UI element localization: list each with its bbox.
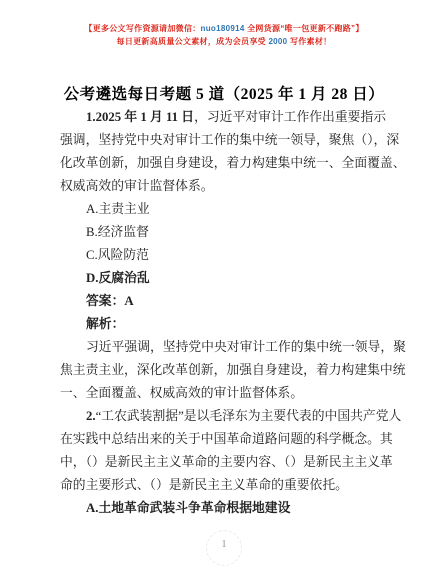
text-run: 1.2025 年 1 月 11 日 (86, 110, 194, 124)
text-run: ，习近平对审计工作作出重要指示 (194, 110, 386, 124)
q1-analysis-line-1: 习近平强调，坚持党中央对审计工作的集中统一领导，聚 (60, 336, 410, 359)
text-run: B.经济监督 (86, 225, 149, 239)
q1-analysis-line-2: 焦主责主业，深化改革创新，加强自身建设，着力构建集中统 (60, 359, 410, 382)
q1-line-2: 强调，坚持党中央对审计工作的集中统一领导，聚焦（），深 (60, 129, 410, 152)
text-run: 中，（）是新民主主义革命的主要内容、（）是新民主主义革 (60, 455, 393, 469)
text-run: 2. (86, 409, 96, 423)
text-run: A.土地革命武装斗争革命根据地建设 (86, 501, 290, 515)
promo-text-segment: nuo180914 (201, 24, 245, 33)
promo-line-2: 每日更新高质量公文素材，成为会员享受 2000 写作素材！ (0, 35, 448, 48)
promo-text-segment: 2000 (268, 37, 287, 46)
q2-line-1: 2.“工农武装割据”是以毛泽东为主要代表的中国共产党人 (60, 405, 410, 428)
promo-line-1: 【更多公文写作资源请加微信：nuo180914 全网货源“唯一包更新不跑路”】 (0, 22, 448, 35)
promo-text-segment: 【更多公文写作资源请加微信： (84, 24, 200, 33)
text-run: 焦主责主业，深化改革创新，加强自身建设，着力构建集中统 (60, 363, 406, 377)
document-body: 1.2025 年 1 月 11 日，习近平对审计工作作出重要指示强调，坚持党中央… (60, 106, 410, 520)
q1-answer: 答案：A (60, 290, 410, 313)
q1-line-1: 1.2025 年 1 月 11 日，习近平对审计工作作出重要指示 (60, 106, 410, 129)
q1-analysis-line-3: 一、全面覆盖、权威高效的审计监督体系。 (60, 382, 410, 405)
promo-header: 【更多公文写作资源请加微信：nuo180914 全网货源“唯一包更新不跑路”】每… (0, 0, 448, 48)
q1-line-3: 化改革创新，加强自身建设，着力构建集中统一、全面覆盖、 (60, 152, 410, 175)
promo-text-segment: 写作素材！ (287, 37, 331, 46)
q2-line-3: 中，（）是新民主主义革命的主要内容、（）是新民主主义革 (60, 451, 410, 474)
text-run: 在实践中总结出来的关于中国革命道路问题的科学概念。其 (60, 432, 393, 446)
text-run: 答案：A (86, 294, 134, 308)
promo-text-segment: 全网货源“唯一包更新不跑路”】 (245, 24, 364, 33)
q1-option-d: D.反腐治乱 (60, 267, 410, 290)
q1-option-c: C.风险防范 (60, 244, 410, 267)
promo-text-segment: 每日更新高质量公文素材，成为会员享受 (117, 37, 269, 46)
text-run: 习近平强调，坚持党中央对审计工作的集中统一领导，聚 (86, 340, 406, 354)
text-run: 化改革创新，加强自身建设，着力构建集中统一、全面覆盖、 (60, 156, 406, 170)
q2-line-2: 在实践中总结出来的关于中国革命道路问题的科学概念。其 (60, 428, 410, 451)
page-number: 1 (222, 539, 227, 550)
document-page: 【更多公文写作资源请加微信：nuo180914 全网货源“唯一包更新不跑路”】每… (0, 0, 448, 580)
q1-analysis-label: 解析： (60, 313, 410, 336)
text-run: 一、全面覆盖、权威高效的审计监督体系。 (60, 386, 303, 400)
q1-option-b: B.经济监督 (60, 221, 410, 244)
text-run: 强调，坚持党中央对审计工作的集中统一领导，聚焦（），深 (60, 133, 399, 147)
text-run: 权威高效的审计监督体系。 (60, 179, 214, 193)
q2-line-4: 命的主要形式、（）是新民主主义革命的重要依托。 (60, 474, 410, 497)
text-run: “工农武装割据”是以毛泽东为主要代表的中国共产党人 (96, 409, 402, 423)
text-run: D.反腐治乱 (86, 271, 150, 285)
q1-line-4: 权威高效的审计监督体系。 (60, 175, 410, 198)
text-run: 命的主要形式、（）是新民主主义革命的重要依托。 (60, 478, 348, 492)
q2-option-a: A.土地革命武装斗争革命根据地建设 (60, 497, 410, 520)
text-run: A.主责主业 (86, 202, 150, 216)
page-footer: 1 (0, 538, 448, 552)
text-run: C.风险防范 (86, 248, 149, 262)
text-run: 解析： (86, 317, 124, 331)
q1-option-a: A.主责主业 (60, 198, 410, 221)
page-title: 公考遴选每日考题 5 道（2025 年 1 月 28 日） (0, 84, 448, 105)
